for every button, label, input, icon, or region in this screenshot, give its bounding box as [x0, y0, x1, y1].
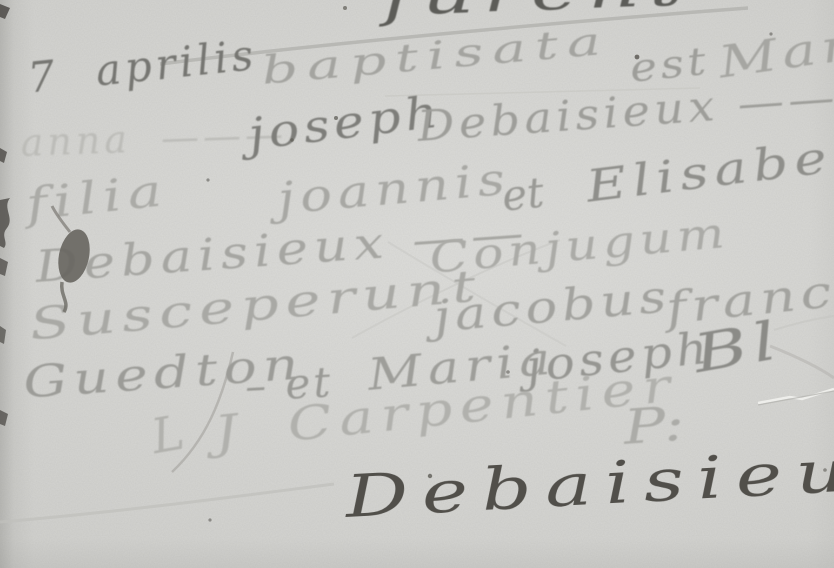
word-elisabeth: Elisabeth — [584, 127, 834, 209]
signature-debaisieux: Debaisieux — [344, 438, 834, 526]
left-edge-dark-marks — [0, 4, 10, 426]
word-joseph-father: joseph — [246, 90, 445, 157]
name-bl-cut: Bl — [690, 315, 786, 381]
date-7-aprilis: 7 aprilis — [26, 34, 259, 100]
priest-title-paraph: P: — [622, 400, 686, 452]
prev-entry-fragment: furent — [382, 0, 691, 24]
word-baptisata: baptisata — [260, 22, 611, 90]
right-edge-crease — [758, 389, 834, 405]
word-filia: filia — [24, 169, 170, 228]
word-est: est — [628, 42, 711, 88]
manuscript-scan: furent 7 aprilis baptisata est Mari anna… — [0, 0, 834, 568]
surname-debaisieux-line2: Debaisieux ——— — [416, 73, 834, 148]
bottom-left-faint-curve — [0, 484, 334, 522]
priest-initial-l: L — [148, 408, 188, 461]
